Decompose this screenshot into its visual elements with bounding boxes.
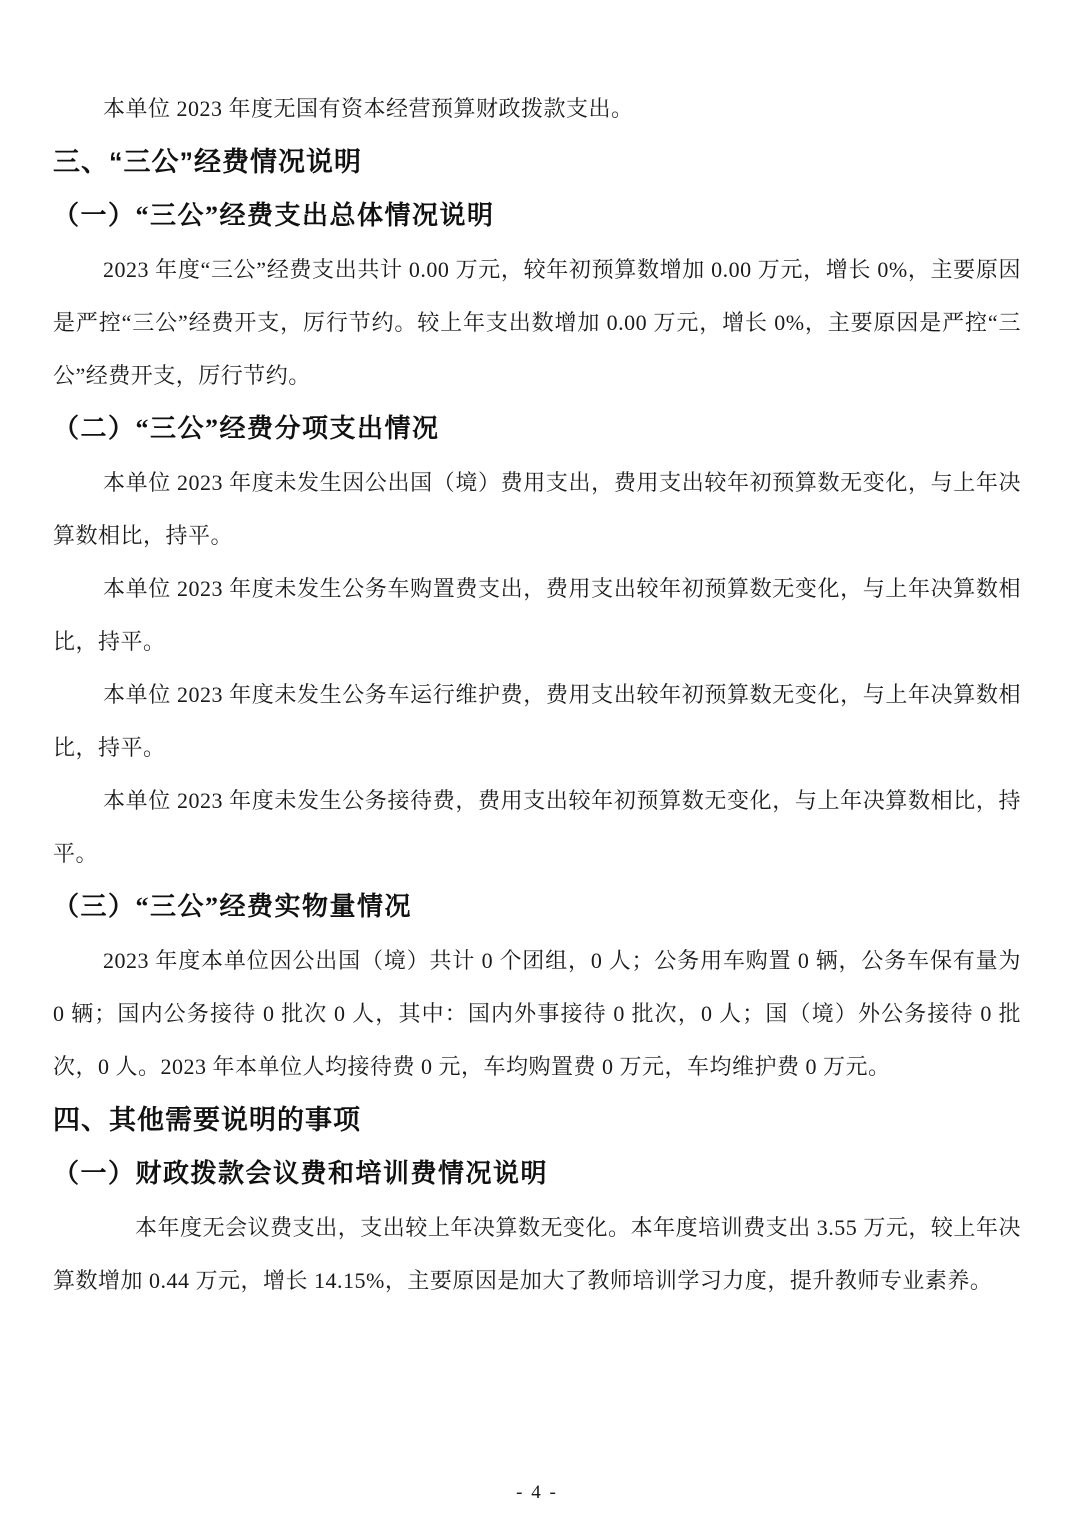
paragraph-physical-quantity: 2023 年度本单位因公出国（境）共计 0 个团组，0 人；公务用车购置 0 辆… — [53, 934, 1021, 1093]
paragraph-meeting-training-fees: 本年度无会议费支出，支出较上年决算数无变化。本年度培训费支出 3.55 万元，较… — [53, 1201, 1021, 1307]
paragraph-overseas-travel: 本单位 2023 年度未发生因公出国（境）费用支出，费用支出较年初预算数无变化，… — [53, 456, 1021, 562]
paragraph-overall-spending: 2023 年度“三公”经费支出共计 0.00 万元，较年初预算数增加 0.00 … — [53, 243, 1021, 402]
paragraph-state-capital-note: 本单位 2023 年度无国有资本经营预算财政拨款支出。 — [53, 82, 1021, 135]
paragraph-vehicle-maintenance: 本单位 2023 年度未发生公务车运行维护费，费用支出较年初预算数无变化，与上年… — [53, 668, 1021, 774]
section-heading-other-matters: 四、其他需要说明的事项 — [53, 1093, 1021, 1147]
page-number: - 4 - — [0, 1482, 1074, 1504]
subsection-heading-meeting-training-fees: （一）财政拨款会议费和培训费情况说明 — [53, 1147, 1021, 1201]
document-page: 本单位 2023 年度无国有资本经营预算财政拨款支出。 三、“三公”经费情况说明… — [0, 0, 1074, 1520]
paragraph-official-reception: 本单位 2023 年度未发生公务接待费，费用支出较年初预算数无变化，与上年决算数… — [53, 774, 1021, 880]
paragraph-vehicle-purchase: 本单位 2023 年度未发生公务车购置费支出，费用支出较年初预算数无变化，与上年… — [53, 562, 1021, 668]
subsection-heading-overall-spending: （一）“三公”经费支出总体情况说明 — [53, 189, 1021, 243]
document-body: 本单位 2023 年度无国有资本经营预算财政拨款支出。 三、“三公”经费情况说明… — [53, 82, 1021, 1307]
subsection-heading-itemized-spending: （二）“三公”经费分项支出情况 — [53, 402, 1021, 456]
subsection-heading-physical-quantity: （三）“三公”经费实物量情况 — [53, 880, 1021, 934]
section-heading-three-public-expenses: 三、“三公”经费情况说明 — [53, 135, 1021, 189]
